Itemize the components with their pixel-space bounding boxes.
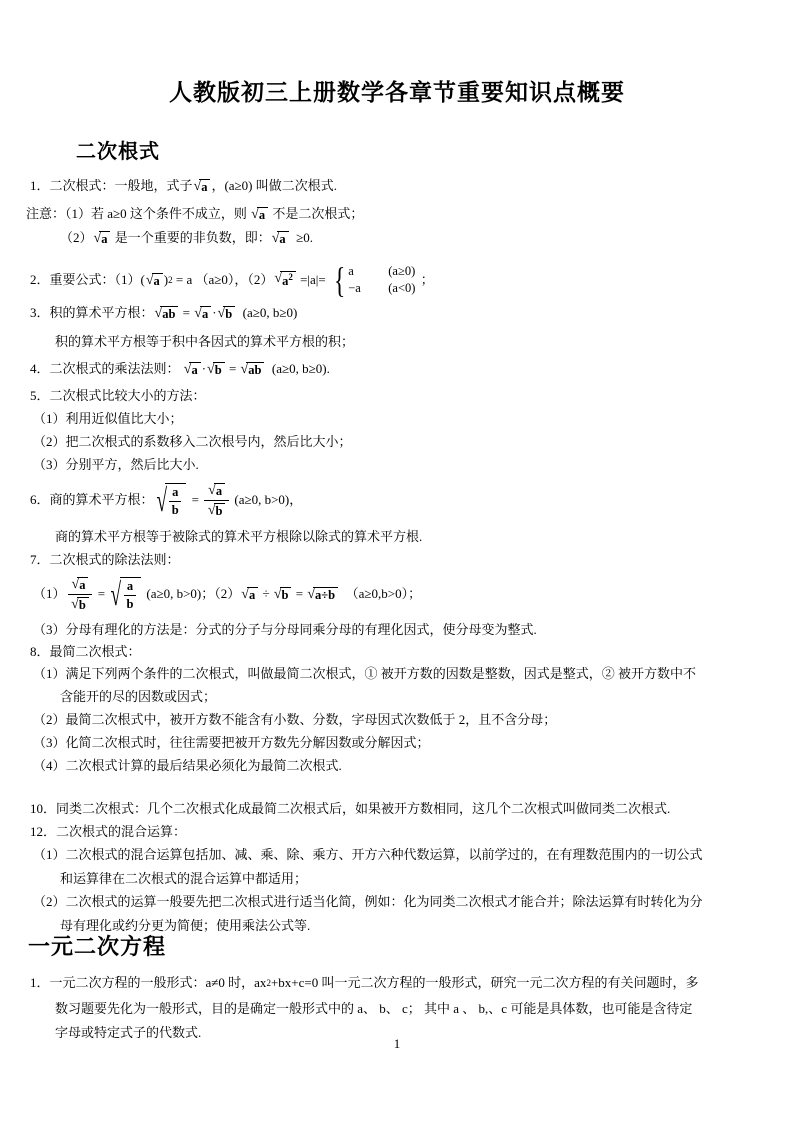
text-segment: = (179, 303, 193, 323)
text-segment: 8．最简二次根式： (30, 642, 141, 662)
item-1-definition: 1．二次根式：一般地，式子√a，(a≥0) 叫做二次根式. (30, 176, 337, 196)
sqrt-radical: √b (218, 306, 236, 321)
case-condition: (a<0) (388, 280, 415, 297)
text-segment: ，(a≥0) 叫做二次根式. (211, 176, 337, 196)
text-segment: 不是二次根式； (269, 204, 363, 224)
radicand: b (213, 362, 225, 377)
item-8-sub1b: 含能开的尽的因数或因式； (60, 687, 216, 707)
note-line-2: （2）√a 是一个重要的非负数，即：√a ≥0. (60, 228, 313, 248)
radicand: b (214, 503, 226, 518)
superscript: 2 (288, 272, 293, 282)
text-segment: 4．二次根式的乘法法则： (30, 359, 183, 379)
text-segment: +bx+c=0 叫一元二次方程的一般形式，研究一元二次方程的有关问题时，多 (271, 973, 699, 993)
item-8-sub2: （2）最简二次根式中，被开方数不能含有小数、分数，字母因式次数低于 2，且不含分… (33, 710, 556, 730)
sqrt-radical: √a (251, 207, 268, 222)
radical-sign: √ (156, 485, 167, 515)
page-number: 1 (0, 1036, 794, 1052)
numerator: a (169, 486, 181, 502)
document-page: 人教版初三上册数学各章节重要知识点概要 二次根式 一元二次方程 1．二次根式：一… (0, 0, 794, 1123)
text-segment: = a （a≥0），（2） (173, 270, 274, 290)
left-brace-icon: { (334, 264, 345, 296)
quadratic-item-1b: 数习题要先化为一般形式，目的是确定一般形式中的 a、 b、 c； 其中 a 、 … (55, 999, 692, 1019)
text-segment: 6．商的算术平方根： (30, 490, 154, 510)
denominator: √b (70, 595, 90, 612)
radicand: ab (160, 306, 178, 321)
text-segment: 商的算术平方根等于被除式的算术平方根除以除式的算术平方根. (55, 527, 422, 547)
item-8-sub1a: （1）满足下列两个条件的二次根式，叫做最简二次根式，① 被开方数的因数是整数，因… (33, 664, 696, 684)
text-segment: 是一个重要的非负数，即： (111, 228, 270, 248)
text-segment: · (212, 303, 216, 323)
item-12-sub2b: 母有理化或约分更为简便；使用乘法公式等. (60, 916, 310, 936)
text-segment: 母有理化或约分更为简便；使用乘法公式等. (60, 916, 310, 936)
text-segment: （3）化简二次根式时，往往需要把被开方数先分解因数或分解因式； (33, 733, 430, 753)
item-6-quotient-rule: 6．商的算术平方根：√ab = √a√b (a≥0, b>0)， (30, 474, 302, 526)
text-segment: （3）分别平方，然后比大小. (33, 455, 199, 475)
text-segment: 5．二次根式比较大小的方法： (30, 386, 206, 406)
radicand: a2 (280, 271, 296, 288)
text-segment: (a≥0, b>0)， (231, 490, 302, 510)
text-segment: (a≥0, b≥0) (236, 303, 297, 323)
sqrt-radical: √a (146, 273, 163, 288)
sqrt-radical: √a (208, 483, 225, 498)
text-segment: = (188, 490, 202, 510)
item-8-sub4: （4）二次根式计算的最后结果必须化为最简二次根式. (33, 756, 342, 776)
denominator: √b (207, 501, 227, 518)
radicand: a (247, 587, 258, 602)
text-segment: （2）最简二次根式中，被开方数不能含有小数、分数，字母因式次数低于 2，且不含分… (33, 710, 556, 730)
text-segment: （2） (60, 228, 93, 248)
text-segment: 含能开的尽的因数或因式； (60, 687, 216, 707)
item-3-note: 积的算术平方根等于积中各因式的算术平方根的积； (55, 332, 354, 352)
fraction: ab (124, 580, 136, 611)
note-line-1: 注意：（1）若 a≥0 这个条件不成立，则 √a 不是二次根式； (26, 204, 363, 224)
item-5-sub1: （1）利用近似值比大小； (33, 409, 183, 429)
radicand: ab (120, 577, 141, 611)
sqrt-radical: √a (184, 362, 201, 377)
item-7-sub3: （3）分母有理化的方法是：分式的分子与分母同乘分母的有理化因式，使分母变为整式. (33, 620, 537, 640)
radicand: a (200, 306, 211, 321)
sqrt-radical: √b (208, 503, 226, 518)
case-condition: (a≥0) (388, 263, 415, 280)
denominator: b (172, 502, 179, 517)
text-segment: 和运算律在二次根式的混合运算中都适用； (60, 869, 307, 889)
numerator: √a (204, 483, 229, 501)
piecewise-cases: {a(a≥0)−a(a<0) (331, 263, 415, 297)
sqrt-radical: √a (94, 231, 111, 246)
radicand: a (214, 483, 225, 498)
text-segment: =|a|= (297, 270, 329, 290)
sqrt-radical: √b (71, 597, 89, 612)
radicand: a (77, 577, 88, 592)
item-3-product-rule: 3．积的算术平方根：√ab = √a·√b (a≥0, b≥0) (30, 303, 297, 323)
text-segment: = (226, 359, 240, 379)
text-segment: （4）二次根式计算的最后结果必须化为最简二次根式. (33, 756, 342, 776)
numerator: a (124, 580, 136, 596)
text-segment: 3．积的算术平方根： (30, 303, 154, 323)
text-segment: （1）利用近似值比大小； (33, 409, 183, 429)
radicand: a (99, 231, 110, 246)
sqrt-radical: √a (241, 587, 258, 602)
item-12-sub2a: （2）二次根式的运算一般要先把二次根式进行适当化简，例如：化为同类二次根式才能合… (33, 892, 703, 912)
text-segment: （1）满足下列两个条件的二次根式，叫做最简二次根式，① 被开方数的因数是整数，因… (33, 664, 696, 684)
sqrt-radical: √a÷b (307, 587, 338, 602)
text-segment: 2．重要公式：（1）( (30, 270, 145, 290)
item-12-sub1a: （1）二次根式的混合运算包括加、减、乘、除、乘方、开方六种代数运算，以前学过的，… (33, 845, 703, 865)
item-8-simplest: 8．最简二次根式： (30, 642, 141, 662)
sqrt-radical: √a (272, 231, 289, 246)
text-segment: (a≥0, b≥0). (265, 359, 329, 379)
item-2-formulas: 2．重要公式：（1）(√a)2 = a （a≥0），（2）√a2 =|a|= {… (30, 258, 434, 302)
sqrt-radical: √a (72, 577, 89, 592)
radicand: a (199, 179, 210, 194)
case-value: −a (348, 280, 388, 297)
radicand: ab (165, 483, 186, 517)
radicand: b (77, 597, 89, 612)
item-5-sub3: （3）分别平方，然后比大小. (33, 455, 199, 475)
item-8-sub3: （3）化简二次根式时，往往需要把被开方数先分解因数或分解因式； (33, 733, 430, 753)
text-segment: （a≥0,b>0）； (339, 584, 421, 604)
text-segment: （2）把二次根式的系数移入二次根号内，然后比大小； (33, 432, 352, 452)
text-segment: （3）分母有理化的方法是：分式的分子与分母同乘分母的有理化因式，使分母变为整式. (33, 620, 537, 640)
item-12-sub1b: 和运算律在二次根式的混合运算中都适用； (60, 869, 307, 889)
radicand: a (189, 362, 200, 377)
text-segment: · (202, 359, 206, 379)
text-segment: = (94, 584, 108, 604)
section-heading-radicals: 二次根式 (76, 135, 160, 164)
numerator: √a (68, 577, 93, 595)
text-segment: ÷ (259, 584, 273, 604)
radicand: a÷b (313, 587, 338, 602)
item-10-like-radicals: 10．同类二次根式：几个二次根式化成最简二次根式后，如果被开方数相同，这几个二次… (30, 799, 670, 819)
text-segment: 数习题要先化为一般形式，目的是确定一般形式中的 a、 b、 c； 其中 a 、 … (55, 999, 692, 1019)
item-7-sub1-sub2: （1）√a√b = √ab (a≥0, b>0)；（2）√a ÷ √b = √a… (33, 568, 421, 620)
radicand: b (280, 587, 292, 602)
text-segment: （2）二次根式的运算一般要先把二次根式进行适当化简，例如：化为同类二次根式才能合… (33, 892, 703, 912)
cases-rows: a(a≥0)−a(a<0) (348, 263, 415, 297)
cases-row: a(a≥0) (348, 263, 415, 280)
sqrt-radical: √b (274, 587, 292, 602)
doc-title: 人教版初三上册数学各章节重要知识点概要 (0, 74, 794, 107)
fraction: √a√b (204, 483, 229, 518)
sqrt-radical: √ab (155, 306, 179, 321)
case-value: a (348, 263, 388, 280)
text-segment: 积的算术平方根等于积中各因式的算术平方根的积； (55, 332, 354, 352)
fraction: √a√b (68, 577, 93, 612)
sqrt-radical: √a (194, 306, 211, 321)
radicand: a (257, 207, 268, 222)
text-segment: ≥0. (290, 228, 313, 248)
text-segment: 12．二次根式的混合运算： (30, 822, 186, 842)
text-segment: 注意：（1）若 a≥0 这个条件不成立，则 (26, 204, 250, 224)
text-segment: = (292, 584, 306, 604)
quadratic-item-1a: 1．一元二次方程的一般形式：a≠0 时，ax2+bx+c=0 叫一元二次方程的一… (30, 973, 698, 993)
radical-sign: √ (111, 579, 122, 609)
fraction: ab (169, 486, 181, 517)
item-12-mixed-operations: 12．二次根式的混合运算： (30, 822, 186, 842)
sqrt-radical: √a2 (274, 271, 295, 288)
text-segment: 1．二次根式：一般地，式子 (30, 176, 193, 196)
text-segment: （1） (33, 584, 66, 604)
radicand: a (152, 273, 163, 288)
sqrt-fraction-radical: √ab (110, 577, 141, 611)
sqrt-radical: √ab (241, 362, 265, 377)
sqrt-radical: √b (207, 362, 225, 377)
sqrt-radical: √a (194, 179, 211, 194)
radicand: a (277, 231, 288, 246)
sqrt-fraction-radical: √ab (156, 483, 187, 517)
item-4-multiplication-rule: 4．二次根式的乘法法则： √a·√b = √ab (a≥0, b≥0). (30, 359, 330, 379)
item-5-compare: 5．二次根式比较大小的方法： (30, 386, 206, 406)
radicand: b (223, 306, 235, 321)
text-segment: 7．二次根式的除法法则： (30, 550, 180, 570)
radicand: ab (246, 362, 264, 377)
text-segment: （1）二次根式的混合运算包括加、减、乘、除、乘方、开方六种代数运算，以前学过的，… (33, 845, 703, 865)
text-segment: (a≥0, b>0)；（2） (143, 584, 240, 604)
cases-row: −a(a<0) (348, 280, 415, 297)
text-segment: 10．同类二次根式：几个二次根式化成最简二次根式后，如果被开方数相同，这几个二次… (30, 799, 670, 819)
item-7-division-rule: 7．二次根式的除法法则： (30, 550, 180, 570)
denominator: b (127, 596, 134, 611)
text-segment: 1．一元二次方程的一般形式：a≠0 时，ax (30, 973, 266, 993)
item-5-sub2: （2）把二次根式的系数移入二次根号内，然后比大小； (33, 432, 352, 452)
item-6-note: 商的算术平方根等于被除式的算术平方根除以除式的算术平方根. (55, 527, 422, 547)
text-segment: ； (417, 270, 433, 290)
